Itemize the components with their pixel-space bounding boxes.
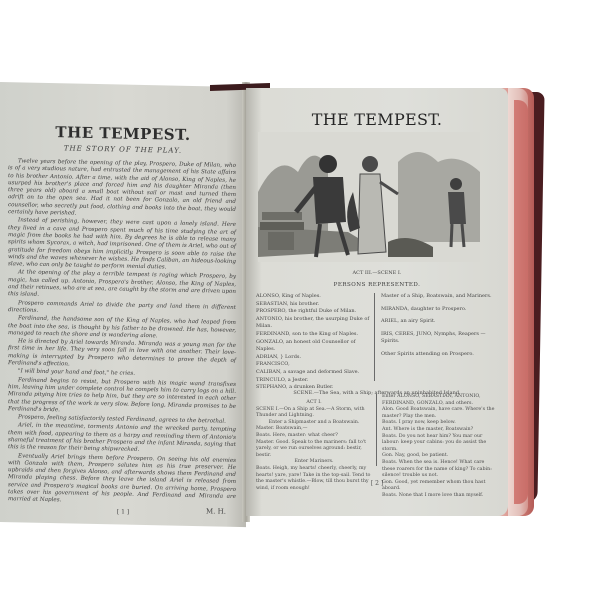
story-paragraph: He is directed by Ariel towards Miranda.… <box>8 338 236 372</box>
cast-entry: ADRIAN, } Lords. <box>256 354 374 362</box>
cast-entry: ANTONIO, his brother, the usurping Duke … <box>256 316 374 331</box>
play-line: Boats. Here, master: what cheer? <box>256 433 372 440</box>
play-line: Gon. Nay, good, be patient. <box>382 453 498 460</box>
play-text-column-1: ACT I. SCENE I.—On a Ship at Sea.—A Stor… <box>256 400 372 492</box>
page-edge-inner <box>514 100 528 504</box>
open-book: THE TEMPEST. THE STORY OF THE PLAY. Twel… <box>0 0 595 595</box>
story-paragraph: Twelve years before the opening of the p… <box>8 158 236 221</box>
story-paragraph: Ariel, in the meantime, torments Antonio… <box>8 423 236 457</box>
cast-entry: ALONSO, King of Naples. <box>256 293 374 301</box>
play-line: Alon. Good Boatswain, have care. Where's… <box>382 407 498 420</box>
cast-list-right: Master of a Ship, Boatswain, and Mariner… <box>374 293 499 381</box>
cast-entry: PROSPERO, the rightful Duke of Milan. <box>256 308 374 316</box>
act-heading: ACT I. <box>256 400 372 407</box>
story-paragraph: Ferdinand begins to resist, but Prospero… <box>8 377 236 418</box>
stage-direction: Enter ALONSO, SEBASTIAN, ANTONIO, FERDIN… <box>382 394 498 407</box>
left-page-subtitle: THE STORY OF THE PLAY. <box>0 143 246 156</box>
play-line: Ant. Where is the master, Boatswain? <box>382 427 498 434</box>
right-page-number: [ 2 ] <box>246 480 508 487</box>
cast-entry: FRANCISCO, <box>256 361 374 369</box>
cast-list-left: ALONSO, King of Naples. SEBASTIAN, his b… <box>256 293 374 392</box>
cast-entry: MIRANDA, daughter to Prospero. <box>381 306 499 314</box>
cast-entry: SEBASTIAN, his brother. <box>256 301 374 309</box>
play-line: Master. Good. Speak to the mariners: fal… <box>256 440 372 460</box>
story-paragraph: Eventually Ariel brings them before Pros… <box>8 453 236 509</box>
play-line: Master. Boatswain,— <box>256 426 372 433</box>
play-line: Boats. None that I more love than myself… <box>382 493 498 500</box>
story-paragraph: Instead of perishing, however, they were… <box>8 218 236 274</box>
left-page-title: THE TEMPEST. <box>0 122 246 145</box>
play-line: Boats. I pray now, keep below. <box>382 420 498 427</box>
cast-entry: GONZALO, an honest old Counsellor of Nap… <box>256 339 374 354</box>
play-line: Boats. When the sea is. Hence! What care… <box>382 460 498 480</box>
story-paragraph: At the opening of the play a terrible te… <box>8 270 236 304</box>
play-line: Boats. Do you not hear him? You mar our … <box>382 434 498 454</box>
right-page: THE TEMPEST. <box>246 88 508 516</box>
cast-entry: TRINCULO, a Jester. <box>256 377 374 385</box>
cast-entry: FERDINAND, son to the King of Naples. <box>256 331 374 339</box>
play-text-column-2: Enter ALONSO, SEBASTIAN, ANTONIO, FERDIN… <box>376 394 498 466</box>
cast-entry: CALIBAN, a savage and deformed Slave. <box>256 369 374 377</box>
story-text: Twelve years before the opening of the p… <box>8 158 236 509</box>
play-line: SCENE I.—On a Ship at Sea.—A Storm, with… <box>256 407 372 420</box>
right-page-title: THE TEMPEST. <box>246 110 508 129</box>
left-page: THE TEMPEST. THE STORY OF THE PLAY. Twel… <box>0 82 246 527</box>
persons-represented-heading: PERSONS REPRESENTED. <box>246 282 508 288</box>
cast-entry: IRIS, CERES, JUNO, Nymphs, Reapers — Spi… <box>381 331 499 346</box>
stage-direction: Enter Mariners. <box>256 459 372 466</box>
cast-entry: ARIEL, an airy Spirit. <box>381 318 499 326</box>
author-initials: M. H. <box>206 507 226 515</box>
cast-entry: Other Spirits attending on Prospero. <box>381 351 499 359</box>
illustration-caption: ACT III.—SCENE I. <box>246 270 508 276</box>
cast-entry: Master of a Ship, Boatswain, and Mariner… <box>381 293 499 301</box>
engraving-illustration <box>258 132 480 262</box>
